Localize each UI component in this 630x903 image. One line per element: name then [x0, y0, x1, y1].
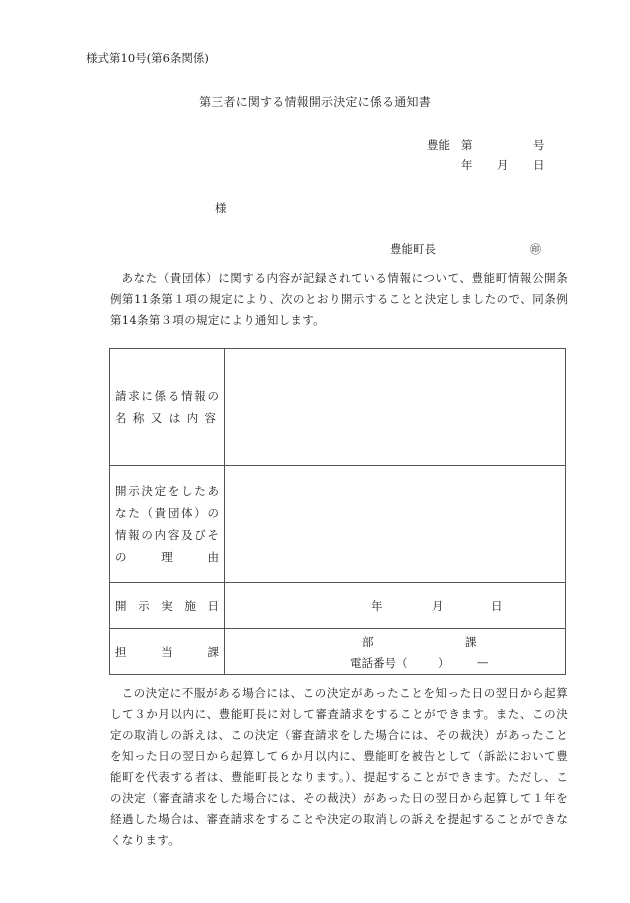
- label-info-name: 請求に係る情報の 名称又は内容: [110, 349, 225, 466]
- label-line: 担 当 課: [115, 641, 219, 663]
- dept-bu: 部: [362, 634, 374, 650]
- value-disclosure-reason[interactable]: [225, 466, 566, 583]
- reference-number: 豊能 第 号: [427, 137, 547, 153]
- appeal-notice-paragraph: この決定に不服がある場合には、この決定があったことを知った日の翌日から起算して３…: [110, 683, 568, 851]
- label-department: 担 当 課: [110, 629, 225, 675]
- label-line: 情報の内容及びそ: [115, 524, 219, 546]
- form-number: 様式第10号(第6条関係): [86, 50, 209, 66]
- label-disclosure-date: 開示実施日: [110, 583, 225, 629]
- label-line: 請求に係る情報の: [115, 385, 219, 407]
- phone-paren-close: ）: [438, 655, 450, 671]
- table-row-disclosure-date: 開示実施日 年 月 日: [110, 583, 566, 629]
- reference-month: 月: [497, 157, 509, 173]
- reference-date: 年 月 日: [427, 157, 547, 173]
- table-row-info-name: 請求に係る情報の 名称又は内容: [110, 349, 566, 466]
- dept-ka: 課: [465, 634, 477, 650]
- reference-day: 日: [533, 157, 545, 173]
- label-line: 開示実施日: [115, 595, 219, 617]
- seal-mark: ㊞: [530, 241, 541, 257]
- label-line: なた（貴団体）の: [115, 502, 219, 524]
- date-month: 月: [432, 598, 444, 614]
- value-info-name[interactable]: [225, 349, 566, 466]
- document-title: 第三者に関する情報開示決定に係る通知書: [0, 93, 630, 110]
- value-department[interactable]: 部 課 電話番号（ ） —: [225, 629, 566, 675]
- label-line: 開示決定をしたあ: [115, 480, 219, 502]
- table-row-department: 担 当 課 部 課 電話番号（ ） —: [110, 629, 566, 675]
- label-disclosure-reason: 開示決定をしたあ なた（貴団体）の 情報の内容及びそ の 理 由: [110, 466, 225, 583]
- disclosure-table: 請求に係る情報の 名称又は内容 開示決定をしたあ なた（貴団体）の 情報の内容及…: [109, 348, 566, 675]
- label-line: の 理 由: [115, 546, 219, 568]
- phone-dash: —: [477, 655, 489, 669]
- date-day: 日: [491, 598, 503, 614]
- label-line: 名称又は内容: [115, 407, 219, 429]
- issuer-name: 豊能町長: [390, 241, 436, 257]
- phone-label: 電話番号（: [350, 655, 408, 671]
- table-row-disclosure-reason: 開示決定をしたあ なた（貴団体）の 情報の内容及びそ の 理 由: [110, 466, 566, 583]
- reference-prefix: 豊能: [427, 137, 450, 153]
- date-year: 年: [371, 598, 383, 614]
- value-disclosure-date[interactable]: 年 月 日: [225, 583, 566, 629]
- addressee-honorific: 様: [215, 200, 227, 216]
- reference-go: 号: [533, 137, 545, 153]
- reference-dai: 第: [461, 137, 473, 153]
- intro-paragraph: あなた（貴団体）に関する内容が記録されている情報について、豊能町情報公開条例第1…: [110, 268, 568, 331]
- reference-year: 年: [461, 157, 473, 173]
